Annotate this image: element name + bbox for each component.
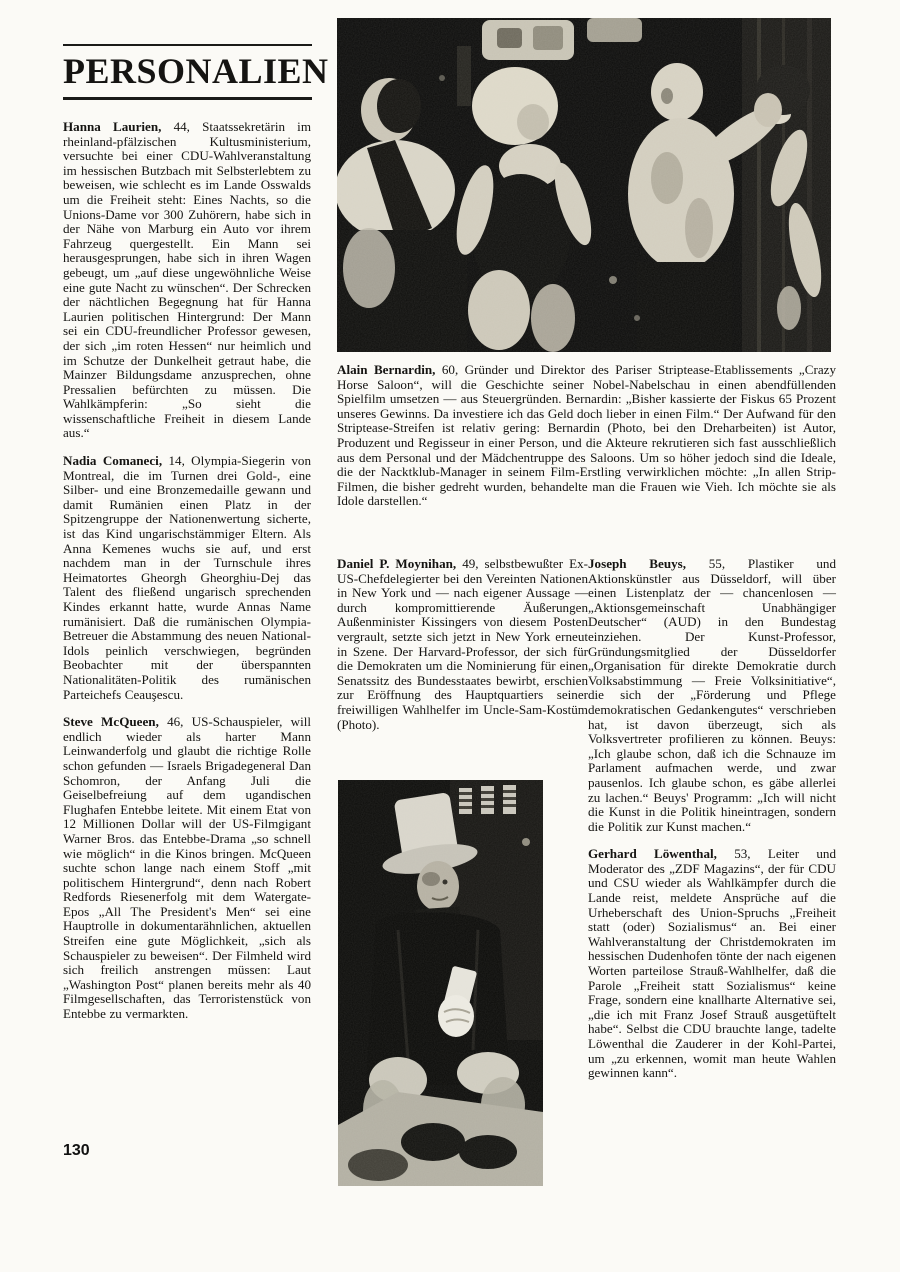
article-lead-name: Daniel P. Moynihan,	[337, 556, 456, 571]
article-alain-bernardin: Alain Bernardin, 60, Gründer und Direkto…	[337, 363, 836, 509]
moynihan-uncle-sam-photo	[338, 780, 543, 1186]
article-body: 53, Leiter und Moderator des „ZDF Magazi…	[588, 846, 836, 1080]
article-body: 55, Plastiker und Aktionskünstler aus Dü…	[588, 556, 836, 834]
column-left: Hanna Laurien, 44, Staatssekretärin im r…	[63, 120, 311, 1035]
magazine-page: PERSONALIEN	[0, 0, 900, 1272]
section-title: PERSONALIEN	[63, 53, 312, 91]
article-daniel-moynihan: Daniel P. Moynihan, 49, selbstbewußter E…	[337, 557, 588, 732]
article-body: 60, Gründer und Direktor des Pariser Str…	[337, 362, 836, 508]
article-lead-name: Joseph Beuys,	[588, 556, 686, 571]
article-nadia-comaneci: Nadia Comaneci, 14, Olympia-Siegerin von…	[63, 454, 311, 702]
article-joseph-beuys: Joseph Beuys, 55, Plastiker und Aktionsk…	[588, 557, 836, 834]
article-lead-name: Nadia Comaneci,	[63, 453, 162, 468]
column-middle: Daniel P. Moynihan, 49, selbstbewußter E…	[337, 557, 588, 745]
article-lead-name: Gerhard Löwenthal,	[588, 846, 717, 861]
article-lead-name: Steve McQueen,	[63, 714, 159, 729]
bernardin-article-block: Alain Bernardin, 60, Gründer und Direkto…	[337, 363, 836, 522]
article-hanna-laurien: Hanna Laurien, 44, Staatssekretärin im r…	[63, 120, 311, 441]
column-right: Joseph Beuys, 55, Plastiker und Aktionsk…	[588, 557, 836, 1094]
article-body: 49, selbstbewußter Ex-US-Chefdelegierter…	[337, 556, 588, 732]
article-steve-mcqueen: Steve McQueen, 46, US-Schauspieler, will…	[63, 715, 311, 1021]
article-body: 46, US-Schauspieler, will endlich wieder…	[63, 714, 311, 1021]
page-number: 130	[63, 1142, 90, 1160]
article-gerhard-loewenthal: Gerhard Löwenthal, 53, Leiter und Modera…	[588, 847, 836, 1081]
article-lead-name: Hanna Laurien,	[63, 119, 161, 134]
article-lead-name: Alain Bernardin,	[337, 362, 435, 377]
article-body: 44, Staatssekretärin im rheinland-pfälzi…	[63, 119, 311, 440]
crazy-horse-saloon-photo	[337, 18, 831, 352]
article-body: 14, Olympia-Siegerin von Montreal, die i…	[63, 453, 311, 702]
masthead: PERSONALIEN	[63, 44, 312, 100]
